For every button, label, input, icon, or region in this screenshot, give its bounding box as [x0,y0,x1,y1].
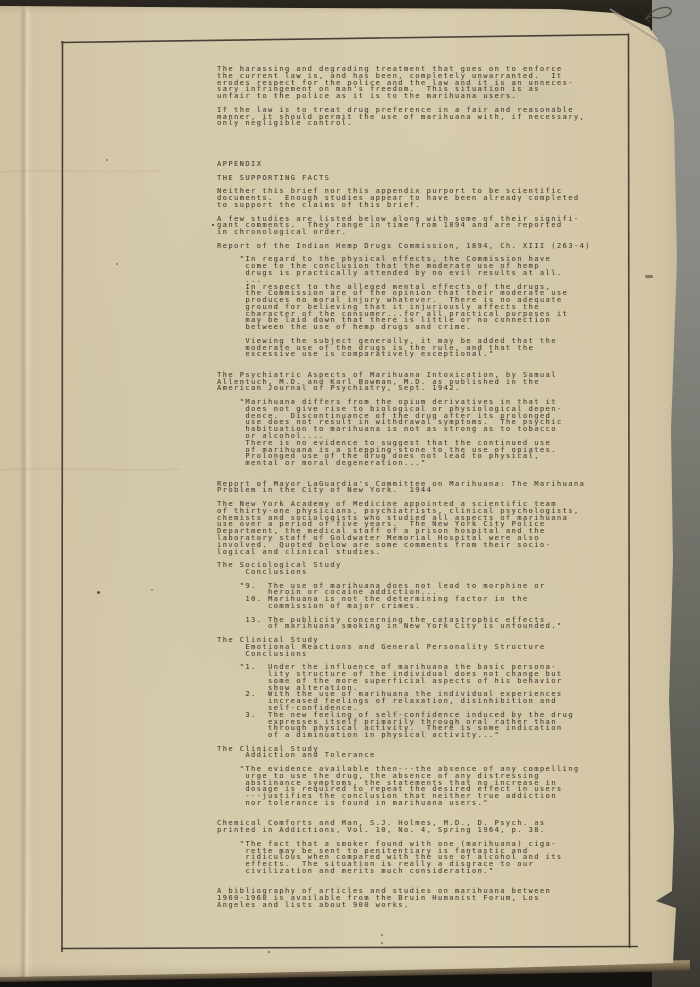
typewritten-text: The harassing and degrading treatment th… [217,66,591,909]
paper-speckle [645,275,653,278]
paper-speckle [268,951,270,953]
paper-speckle [212,224,214,226]
paper-speckle [106,159,108,161]
paper-speckle [381,942,383,944]
paper-speckle [381,934,383,936]
photo-of-document: The harassing and degrading treatment th… [0,0,700,987]
paper-speckle [97,591,100,594]
paper-speckle [151,589,153,591]
paper-speckle [116,263,118,265]
